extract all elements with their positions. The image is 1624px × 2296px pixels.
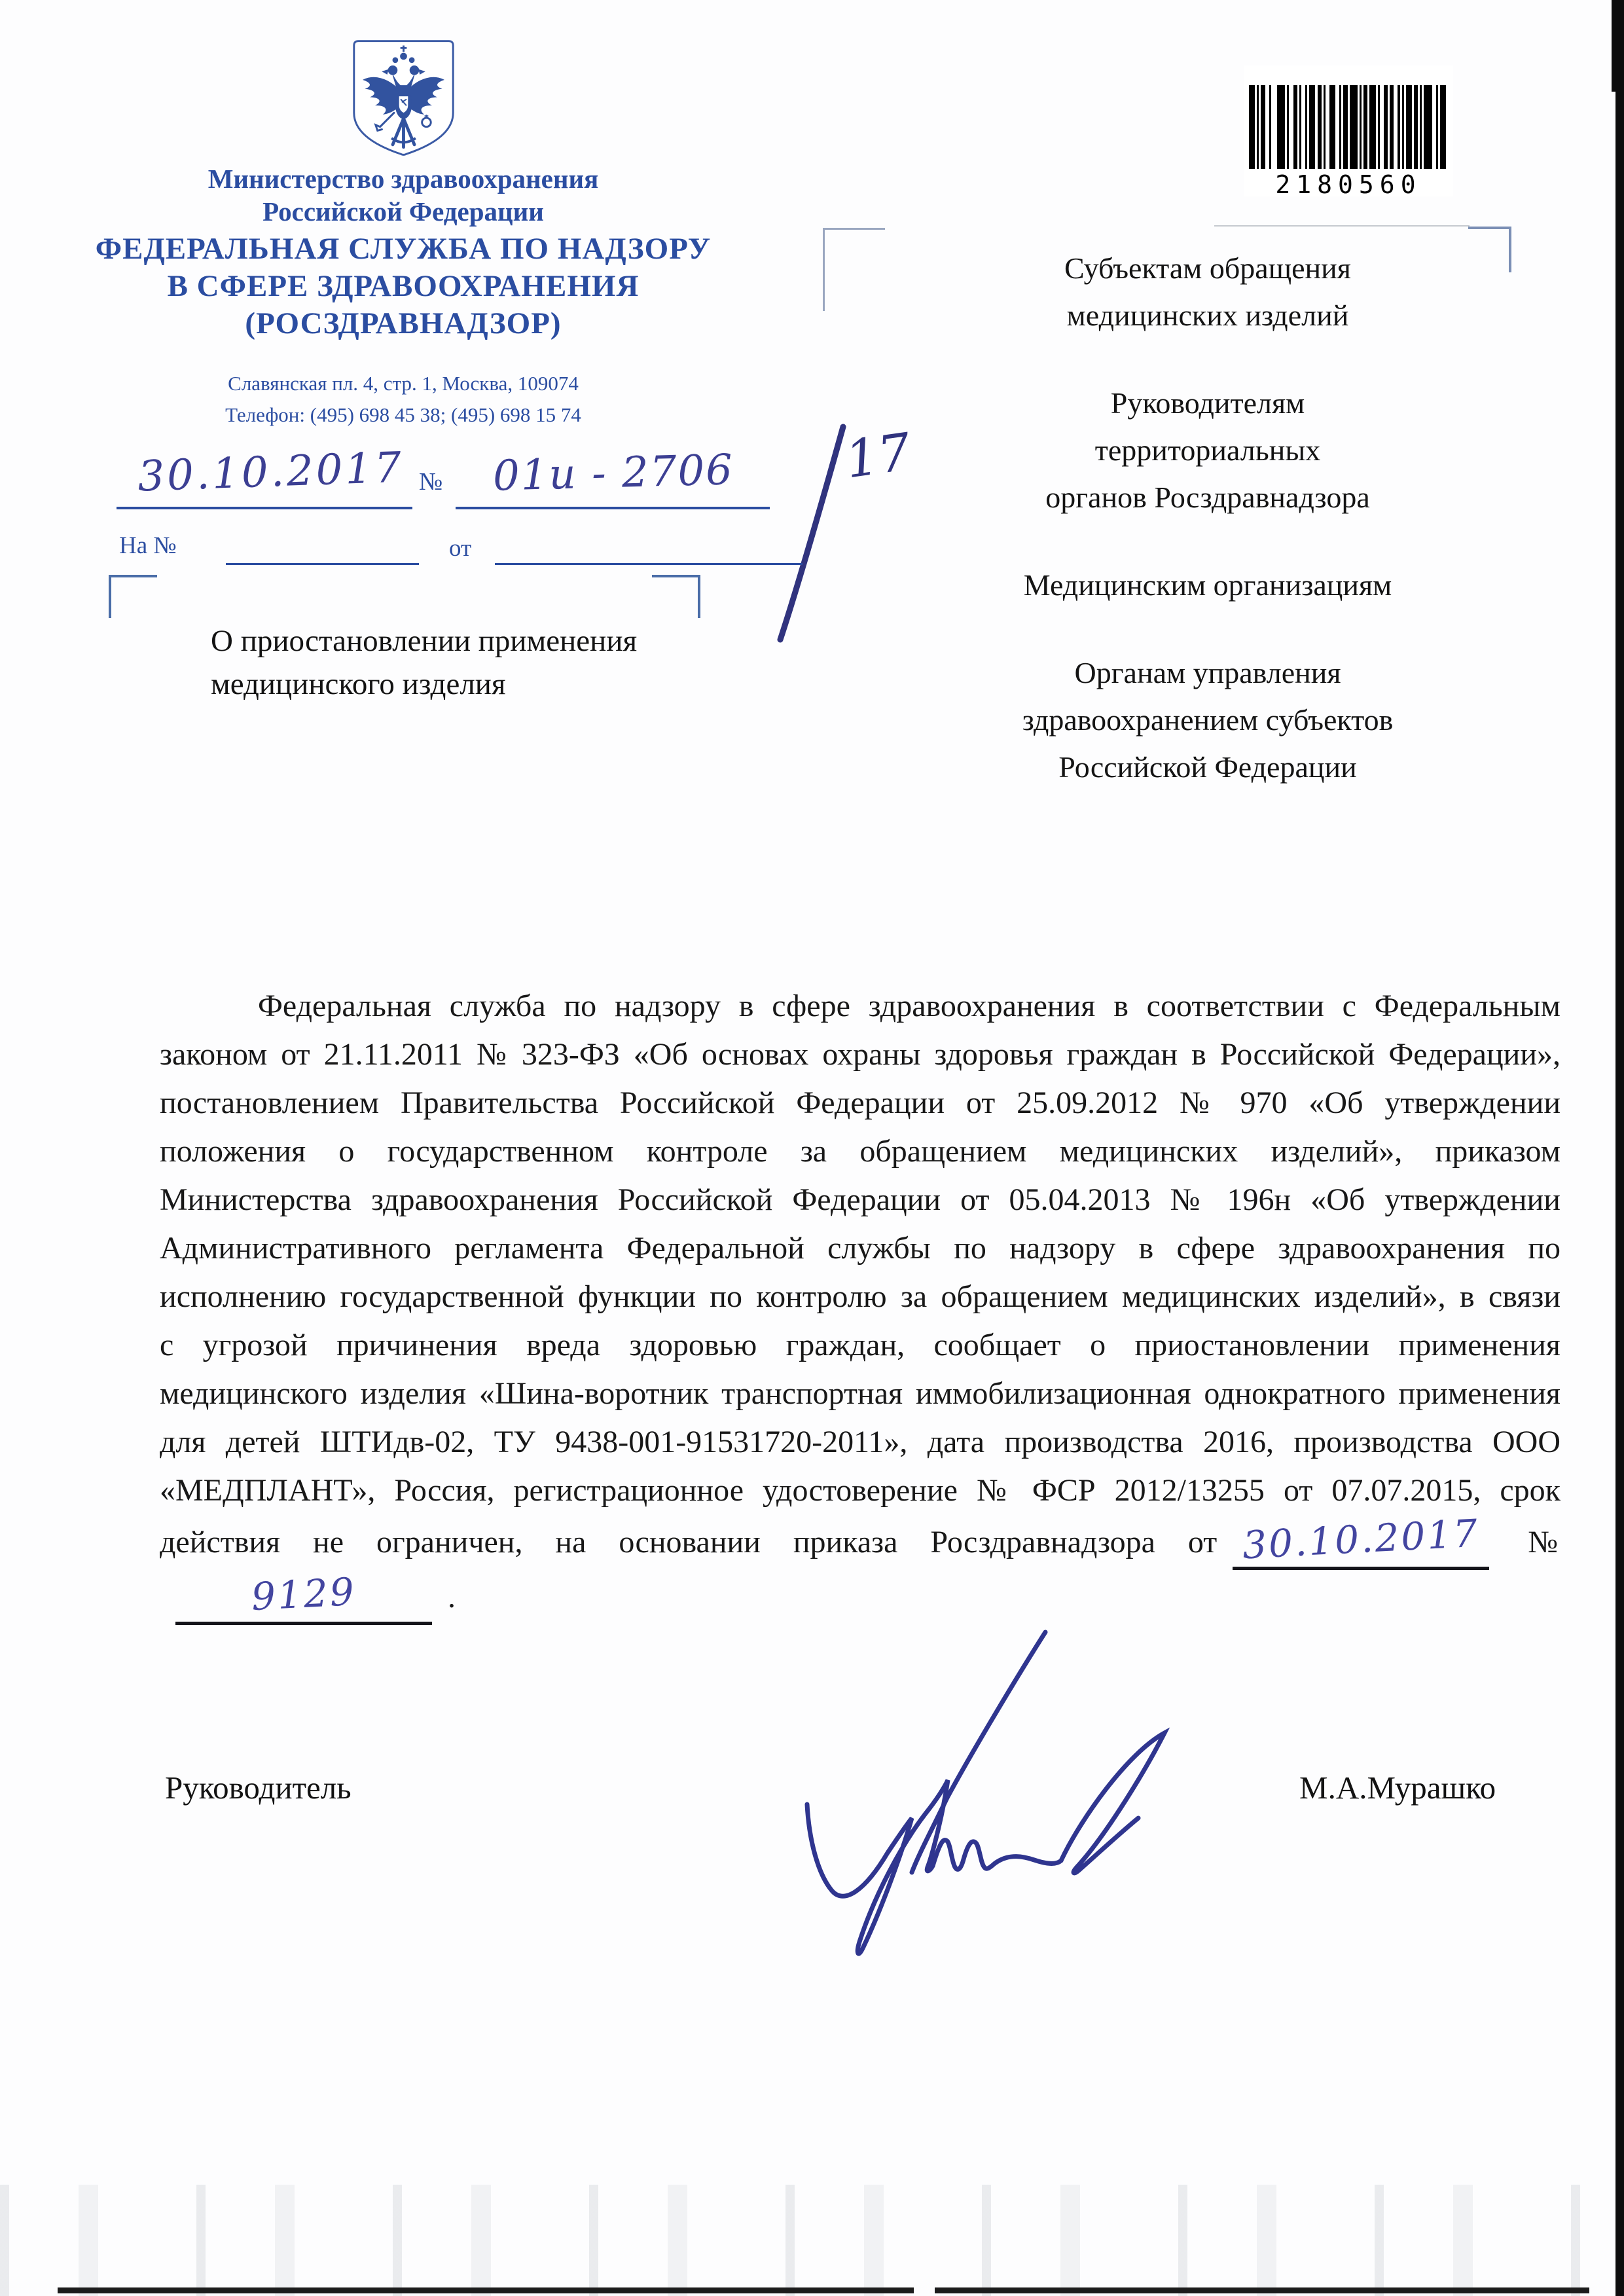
recipient-item: Руководителям территориальных органов Ро… [871,380,1545,521]
reply-number-label: На № [119,532,177,560]
scanned-letter-page: Министерство здравоохранения Российской … [0,0,1624,2296]
barcode: 2180560 [1244,65,1453,196]
handwritten-order-date: 30.10.2017 [1242,1509,1481,1570]
service-line-1: ФЕДЕРАЛЬНАЯ СЛУЖБА ПО НАДЗОРУ [92,230,714,268]
address-zone-top-line [1214,225,1470,227]
handwritten-order-number: 9129 [250,1567,357,1621]
ministry-line-2: Российской Федерации [112,195,695,228]
service-name: ФЕДЕРАЛЬНАЯ СЛУЖБА ПО НАДЗОРУ В СФЕРЕ ЗД… [92,230,714,342]
contact-block: Славянская пл. 4, стр. 1, Москва, 109074… [112,368,695,431]
reply-date-label: от [449,534,471,562]
scan-edge-bottom-left [58,2287,914,2293]
body-number-sign: № [1505,1525,1561,1559]
body-paragraph: Федеральная служба по надзору в сфере зд… [160,982,1561,1625]
recipients-block: Субъектам обращения медицинских изделий … [871,245,1545,831]
number-sign: № [419,467,442,496]
scan-noise [0,2185,1624,2296]
reply-number-underline [226,563,419,565]
body-text-before: Федеральная служба по надзору в сфере зд… [160,989,1561,1559]
recipient-item: Органам управления здравоохранением субъ… [871,649,1545,791]
handwritten-date: 30.10.2017 [129,443,412,501]
signature-stroke-icon [753,1571,1263,2016]
handwritten-slash-icon [772,420,851,646]
subject-line-1: О приостановлении применения [211,619,721,663]
recipient-item: Субъектам обращения медицинских изделий [871,245,1545,339]
barcode-number: 2180560 [1244,170,1453,199]
signoff-title: Руководитель [165,1769,352,1806]
subject-corner-bracket-left [109,575,157,618]
date-underline [117,507,412,509]
reply-date-underline [495,563,803,565]
ministry-name: Министерство здравоохранения Российской … [112,162,695,228]
barcode-bars [1249,85,1448,169]
service-line-2: В СФЕРЕ ЗДРАВООХРАНЕНИЯ [92,268,714,305]
address-line: Славянская пл. 4, стр. 1, Москва, 109074 [112,368,695,399]
ministry-line-1: Министерство здравоохранения [112,162,695,195]
number-underline [456,507,770,509]
recipient-line: Российской Федерации [871,744,1545,791]
subject: О приостановлении применения медицинског… [211,619,721,706]
subject-corner-bracket-right [652,575,700,618]
recipient-line: Руководителям [871,380,1545,427]
recipient-line: Субъектам обращения [871,245,1545,292]
recipient-line: Медицинским организациям [871,562,1545,609]
order-number-blank: 9129 [175,1570,432,1625]
coat-of-arms-icon [350,36,458,160]
scan-edge-bottom-right [935,2287,1589,2293]
phone-line: Телефон: (495) 698 45 38; (495) 698 15 7… [112,399,695,431]
service-line-3: (РОСЗДРАВНАДЗОР) [92,305,714,342]
signoff-name: М.А.Мурашко [1299,1769,1496,1806]
order-date-blank: 30.10.2017 [1233,1515,1489,1570]
recipient-line: Органам управления [871,649,1545,697]
subject-line-2: медицинского изделия [211,663,721,706]
recipient-line: медицинских изделий [871,292,1545,339]
recipient-line: территориальных [871,427,1545,474]
recipient-line: здравоохранением субъектов [871,697,1545,744]
recipient-item: Медицинским организациям [871,562,1545,609]
body-period: . [448,1580,456,1614]
recipient-line: органов Росздравнадзора [871,474,1545,521]
handwritten-outgoing-number: 01и - 2706 [462,445,765,501]
scan-edge-right [1615,0,1624,2296]
